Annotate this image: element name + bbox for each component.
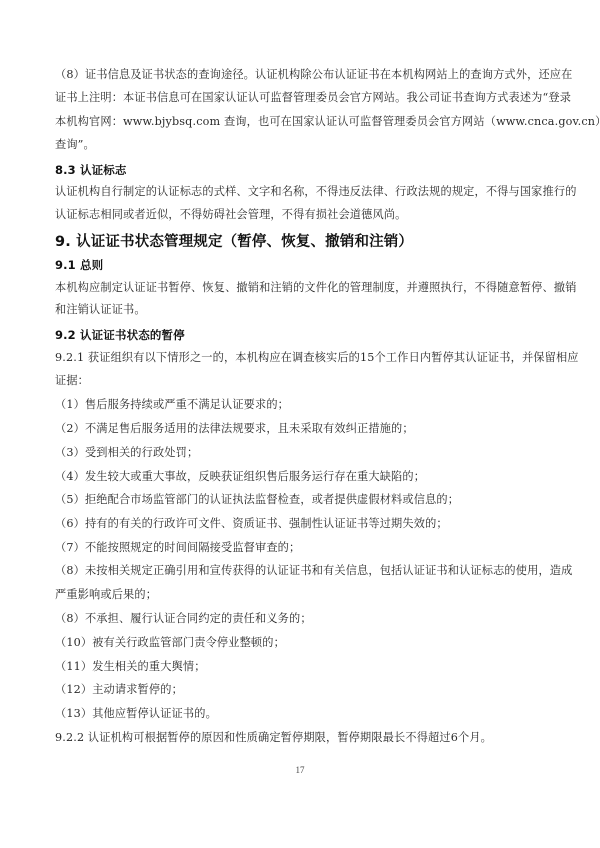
- list-item: （13）其他应暂停认证证书的。: [55, 707, 567, 721]
- chapter-heading-9: 9. 认证证书状态管理规定（暂停、恢复、撤销和注销）: [55, 233, 567, 251]
- list-item: （4）发生较大或重大事故，反映获证组织售后服务运行存在重大缺陷的；: [55, 470, 567, 484]
- paragraph-line: 证据：: [55, 374, 567, 388]
- paragraph-line: 9.2.2 认证机构可根据暂停的原因和性质确定暂停期限，暂停期限最长不得超过6个…: [55, 731, 567, 745]
- paragraph-line: 认证标志相同或者近似，不得妨碍社会管理，不得有损社会道德风尚。: [55, 208, 567, 222]
- paragraph-line: 认证机构自行制定的认证标志的式样、文字和名称，不得违反法律、行政法规的规定，不得…: [55, 185, 567, 199]
- paragraph-line: 和注销认证证书。: [55, 303, 567, 317]
- document-page: （8）证书信息及证书状态的查询途径。认证机构除公布认证证书在本机构网站上的查询方…: [0, 0, 600, 848]
- list-item: （5）拒绝配合市场监管部门的认证执法监督检查，或者提供虚假材料或信息的；: [55, 493, 567, 507]
- list-item: （1）售后服务持续或严重不满足认证要求的；: [55, 398, 567, 412]
- paragraph-line: 查询”。: [55, 138, 567, 152]
- paragraph-line: 证书上注明：本证书信息可在国家认证认可监督管理委员会官方网站。我公司证书查询方式…: [55, 91, 567, 105]
- paragraph-line: 9.2.1 获证组织有以下情形之一的，本机构应在调查核实后的15个工作日内暂停其…: [55, 351, 567, 365]
- section-heading-9-1: 9.1 总则: [55, 258, 567, 272]
- paragraph-line: 本机构官网：www.bjybsq.com 查询，也可在国家认证认可监督管理委员会…: [55, 115, 567, 129]
- list-item: （11）发生相关的重大舆情；: [55, 660, 567, 674]
- list-item: （3）受到相关的行政处罚；: [55, 446, 567, 460]
- section-heading-9-2: 9.2 认证证书状态的暂停: [55, 328, 567, 342]
- list-item: （8）未按相关规定正确引用和宣传获得的认证证书和有关信息，包括认证证书和认证标志…: [55, 564, 567, 578]
- list-item: （7）不能按照规定的时间间隔接受监督审查的；: [55, 541, 567, 555]
- section-heading-8-3: 8.3 认证标志: [55, 163, 567, 177]
- paragraph-line: 本机构应制定认证证书暂停、恢复、撤销和注销的文件化的管理制度，并遵照执行，不得随…: [55, 281, 567, 295]
- list-item: （8）不承担、履行认证合同约定的责任和义务的；: [55, 612, 567, 626]
- list-item: 严重影响或后果的；: [55, 588, 567, 602]
- list-item: （12）主动请求暂停的；: [55, 683, 567, 697]
- list-item: （10）被有关行政监管部门责令停业整顿的；: [55, 636, 567, 650]
- page-number: 17: [0, 765, 600, 775]
- list-item: （6）持有的有关的行政许可文件、资质证书、强制性认证证书等过期失效的；: [55, 517, 567, 531]
- list-item: （2）不满足售后服务适用的法律法规要求，且未采取有效纠正措施的；: [55, 422, 567, 436]
- paragraph-line: （8）证书信息及证书状态的查询途径。认证机构除公布认证证书在本机构网站上的查询方…: [55, 68, 567, 82]
